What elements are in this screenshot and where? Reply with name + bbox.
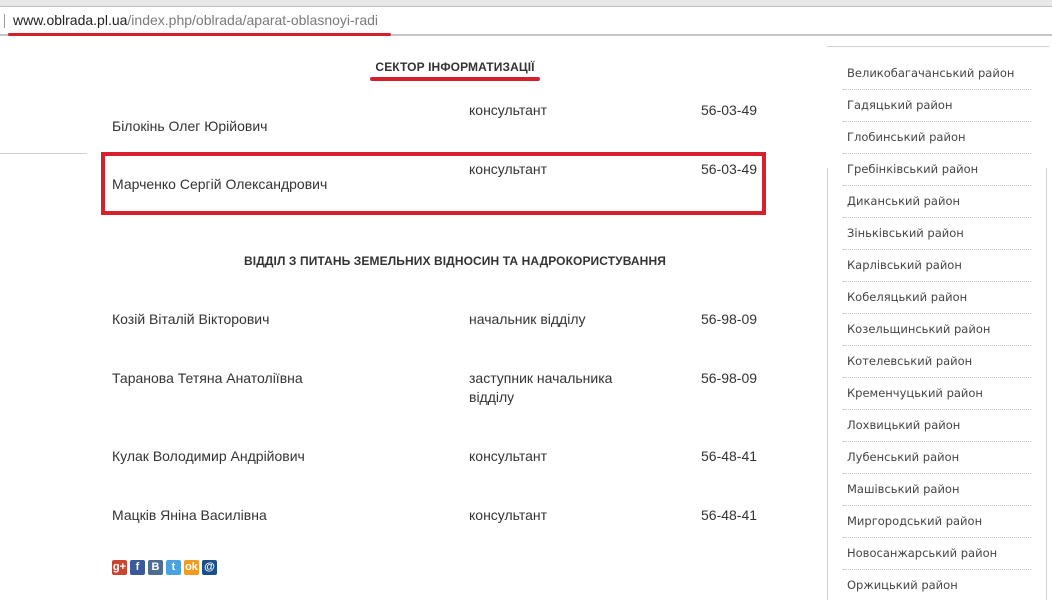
url-path: /index.php/oblrada/aparat-oblasnoyi-radi (127, 12, 378, 28)
text-caret (4, 14, 5, 28)
facebook-icon[interactable]: f (130, 560, 145, 575)
address-bar[interactable]: www.oblrada.pl.ua/index.php/oblrada/apar… (0, 7, 1052, 36)
browser-chrome-top (0, 0, 1052, 7)
staff-phone: 56-03-49 (701, 160, 757, 179)
staff-position: консультант (469, 447, 639, 466)
district-link[interactable]: Глобинський район (843, 122, 1031, 154)
district-link[interactable]: Лубенський район (843, 442, 1031, 474)
twitter-icon[interactable]: t (166, 560, 181, 575)
district-link[interactable]: Новосанжарський район (843, 538, 1031, 570)
staff-position: консультант (469, 506, 639, 525)
staff-phone: 56-03-49 (701, 101, 757, 120)
sidebar-border-left (827, 168, 828, 600)
staff-row: Таранова Тетяна Анатоліївна заступник на… (0, 369, 800, 389)
staff-position: начальник відділу (469, 310, 639, 329)
mail-ru-icon[interactable]: @ (202, 560, 217, 575)
url-annotation-underline (8, 33, 391, 36)
staff-position: заступник начальника відділу (469, 369, 619, 407)
vkontakte-icon[interactable]: B (148, 560, 163, 575)
url-host: www.oblrada.pl.ua (13, 12, 127, 28)
staff-phone: 56-48-41 (701, 506, 757, 525)
staff-position: консультант (469, 101, 639, 120)
social-share-bar: g+ f B t ok @ (112, 560, 217, 575)
url-text[interactable]: www.oblrada.pl.ua/index.php/oblrada/apar… (13, 12, 378, 28)
district-link[interactable]: Машівський район (843, 474, 1031, 506)
district-list: Великобагачанський район Гадяцький район… (843, 58, 1031, 600)
district-link[interactable]: Диканський район (843, 186, 1031, 218)
district-link[interactable]: Оржицький район (843, 570, 1031, 600)
section-title-land-relations: ВІДДІЛ З ПИТАНЬ ЗЕМЕЛЬНИХ ВІДНОСИН ТА НА… (0, 254, 910, 268)
staff-row: Мацків Яніна Василівна консультант 56-48… (0, 506, 800, 526)
odnoklassniki-icon[interactable]: ok (184, 560, 199, 575)
staff-name: Мацків Яніна Василівна (112, 506, 267, 525)
sidebar-top-divider (827, 46, 1049, 47)
sidebar-border-right (1046, 168, 1047, 600)
district-link[interactable]: Гадяцький район (843, 90, 1031, 122)
staff-name: Таранова Тетяна Анатоліївна (112, 369, 303, 388)
staff-row: Козій Віталій Вікторович начальник відді… (0, 310, 800, 330)
staff-name: Марченко Сергій Олександрович (112, 175, 327, 194)
staff-row: Білокінь Олег Юрійович консультант 56-03… (0, 101, 800, 121)
staff-phone: 56-48-41 (701, 447, 757, 466)
staff-name: Кулак Володимир Андрійович (112, 447, 305, 466)
district-link[interactable]: Миргородський район (843, 506, 1031, 538)
staff-name: Козій Віталій Вікторович (112, 310, 269, 329)
staff-phone: 56-98-09 (701, 310, 757, 329)
staff-name: Білокінь Олег Юрійович (112, 117, 267, 136)
staff-position: консультант (469, 160, 639, 179)
district-link[interactable]: Лохвицький район (843, 410, 1031, 442)
section-title-informatization: СЕКТОР ІНФОРМАТИЗАЦІЇ (0, 60, 910, 74)
staff-row-highlighted: Марченко Сергій Олександрович консультан… (0, 160, 800, 180)
google-plus-icon[interactable]: g+ (112, 560, 127, 575)
section-title-annotation-underline (370, 77, 540, 81)
district-link[interactable]: Карлівський район (843, 250, 1031, 282)
district-link[interactable]: Кобеляцький район (843, 282, 1031, 314)
district-link[interactable]: Козельщинський район (843, 314, 1031, 346)
district-link[interactable]: Котелевський район (843, 346, 1031, 378)
left-divider (0, 153, 87, 154)
district-link[interactable]: Зіньківський район (843, 218, 1031, 250)
district-link[interactable]: Кременчуцький район (843, 378, 1031, 410)
staff-row: Кулак Володимир Андрійович консультант 5… (0, 447, 800, 467)
district-link[interactable]: Гребінківський район (843, 154, 1031, 186)
district-link[interactable]: Великобагачанський район (843, 58, 1031, 90)
staff-phone: 56-98-09 (701, 369, 757, 388)
